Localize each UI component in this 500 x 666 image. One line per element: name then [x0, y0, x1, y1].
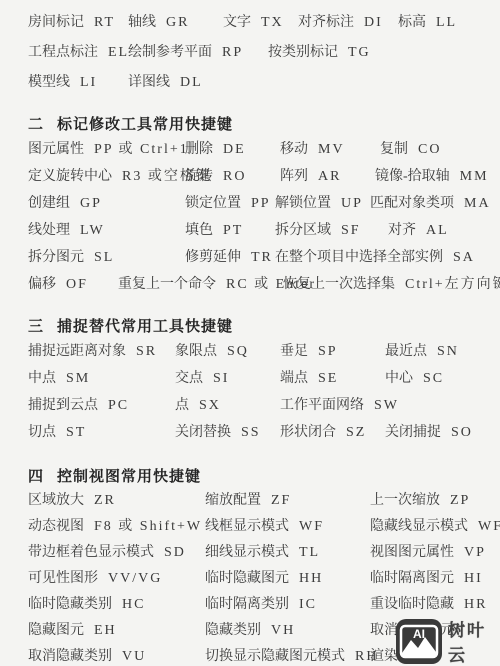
shortcut-item: 最近点SN — [385, 340, 459, 360]
shortcut-key: EL — [108, 45, 129, 60]
shortcut-label: 最近点 — [385, 344, 427, 359]
shortcut-key: SR — [136, 344, 157, 359]
shortcut-label: 轴线 — [128, 15, 156, 30]
shortcut-item: 复制CO — [380, 138, 441, 158]
shortcut-item: 对齐标注DI — [298, 11, 398, 31]
shortcut-item: 标高LL — [398, 11, 457, 31]
shortcut-row: 捕捉到云点PC 点SX 工作平面网络SW — [28, 390, 500, 417]
shortcut-key: ZF — [271, 493, 291, 508]
section-title-4: 四 控制视图常用快捷键 — [28, 464, 500, 486]
section-heading: 控制视图常用快捷键 — [57, 465, 201, 486]
shortcut-item: 镜像-拾取轴MM — [375, 165, 489, 185]
shortcut-row: 创建组GP 锁定位置PP 解锁位置UP 匹配对象类项MA — [28, 188, 500, 215]
shortcut-row: 动态视图F8 或 Shift+W 线框显示模式WF 隐藏线显示模式WF — [28, 512, 500, 538]
shortcut-label: 按类别标记 — [268, 45, 338, 60]
shortcut-row: 临时隐藏类别HC 临时隔离类别IC 重设临时隐藏HR — [28, 590, 500, 616]
shortcut-item: 临时隔离类别IC — [205, 593, 370, 613]
document-page: 墙 WA 门 DR 窗 WN 放置构件 CM 房间 RM 房间标记RT 轴线GR… — [0, 0, 500, 666]
shortcut-label: 旋转 — [185, 169, 213, 184]
shortcut-label: 细线显示模式 — [205, 545, 289, 560]
shortcut-item: 拆分区域SF — [275, 219, 388, 239]
shortcut-label: 切点 — [28, 425, 56, 440]
shortcut-key: SD — [164, 545, 186, 560]
shortcut-label: 偏移 — [28, 277, 56, 292]
shortcut-row: 工程点标注EL 绘制参考平面RP 按类别标记TG — [28, 36, 500, 66]
shortcut-label: 绘制参考平面 — [128, 45, 212, 60]
shortcut-key: SN — [437, 344, 459, 359]
shortcut-label: 视图图元属性 — [370, 545, 454, 560]
shortcut-item: 上一次缩放ZP — [370, 489, 470, 509]
shortcut-item: 旋转RO — [185, 165, 280, 185]
shortcut-item: 绘制参考平面RP — [128, 41, 268, 61]
shortcut-item: 临时隐藏图元HH — [205, 567, 370, 587]
shortcut-label: 垂足 — [280, 344, 308, 359]
shortcut-label: 重复上一个命令 — [118, 277, 216, 292]
shortcut-key: TG — [348, 45, 371, 60]
section-number: 二 — [28, 113, 44, 134]
shortcut-row: 区域放大ZR 缩放配置ZF 上一次缩放ZP — [28, 486, 500, 512]
shortcut-key: TL — [299, 545, 320, 560]
shortcut-label: 恢复上一次选择集 — [283, 277, 395, 292]
section-top-partial: 房间标记RT 轴线GR 文字TX 对齐标注DI 标高LL 工程点标注EL 绘制参… — [28, 6, 500, 96]
shortcut-label: 模型线 — [28, 75, 70, 90]
shortcut-key: SZ — [346, 425, 366, 440]
shortcut-key: SP — [318, 344, 338, 359]
shortcut-item: 临时隐藏类别HC — [28, 593, 205, 613]
shortcut-key: ZR — [94, 493, 116, 508]
photo-mountain-icon: AI — [396, 619, 442, 664]
shortcut-label: 形状闭合 — [280, 425, 336, 440]
shortcut-label: 临时隔离类别 — [205, 597, 289, 612]
shortcut-label: 线处理 — [28, 223, 70, 238]
section-number: 三 — [28, 315, 44, 336]
shortcut-item: 线框显示模式WF — [205, 515, 370, 535]
shortcut-key: SQ — [227, 344, 249, 359]
shortcut-item: 垂足SP — [280, 340, 385, 360]
shortcut-item: 隐藏图元EH — [28, 619, 205, 639]
shortcut-label: 阵列 — [280, 169, 308, 184]
shortcut-item: 移动MV — [280, 138, 380, 158]
shortcut-row: 切点ST 关闭替换SS 形状闭合SZ 关闭捕捉SO — [28, 417, 500, 444]
shortcut-item: 中点SM — [28, 367, 175, 387]
shortcut-item: 窗 WN — [223, 0, 298, 2]
shortcut-key: SF — [341, 223, 361, 238]
shortcut-label: 图元属性 — [28, 142, 84, 157]
shortcut-row: 模型线LI 详图线DL — [28, 66, 500, 96]
shortcut-key: PP 或 Ctrl+1 — [94, 142, 189, 157]
shortcut-item: 关闭替换SS — [175, 421, 280, 441]
shortcut-item: 象限点SQ — [175, 340, 280, 360]
shortcut-row: 偏移OF 重复上一个命令RC 或 Enter 恢复上一次选择集Ctrl+左方向键 — [28, 269, 500, 296]
shortcut-key: PT — [223, 223, 243, 238]
section-heading: 标记修改工具常用快捷键 — [57, 113, 233, 134]
shortcut-item: 隐藏线显示模式WF — [370, 515, 500, 535]
shortcut-label: 线框显示模式 — [205, 519, 289, 534]
shortcut-label: 取消隐藏类别 — [28, 649, 112, 664]
shortcut-key: GR — [166, 15, 189, 30]
shortcut-label: 动态视图 — [28, 519, 84, 534]
shortcut-key: MV — [318, 142, 345, 157]
shortcut-item: 端点SE — [280, 367, 385, 387]
shortcut-label: 端点 — [280, 371, 308, 386]
shortcut-label: 匹配对象类项 — [370, 196, 454, 211]
shortcut-label: 复制 — [380, 142, 408, 157]
section-2-rows: 图元属性PP 或 Ctrl+1 删除DE 移动MV 复制CO 定义旋转中心R3 … — [28, 134, 500, 296]
shortcut-item: 匹配对象类项MA — [370, 192, 491, 212]
shortcut-key: EH — [94, 623, 117, 638]
shortcut-item: 图元属性PP 或 Ctrl+1 — [28, 138, 185, 158]
shortcut-label: 填色 — [185, 223, 213, 238]
shortcut-item: 创建组GP — [28, 192, 185, 212]
shortcut-label: 房间标记 — [28, 15, 84, 30]
shortcut-label: 可见性图形 — [28, 571, 98, 586]
shortcut-item: 捕捉到云点PC — [28, 394, 175, 414]
shortcut-item: 形状闭合SZ — [280, 421, 385, 441]
shortcut-item: 工作平面网络SW — [280, 394, 399, 414]
shortcut-key: SW — [374, 398, 399, 413]
shortcut-label: 区域放大 — [28, 493, 84, 508]
shortcut-item: 动态视图F8 或 Shift+W — [28, 515, 205, 535]
shortcut-item: 填色PT — [185, 219, 275, 239]
shortcut-key: LI — [80, 75, 97, 90]
shortcut-key: TX — [261, 15, 284, 30]
shortcut-label: 拆分区域 — [275, 223, 331, 238]
shortcut-label: 工作平面网络 — [280, 398, 364, 413]
shortcut-item: 区域放大ZR — [28, 489, 205, 509]
shortcut-item: 恢复上一次选择集Ctrl+左方向键 — [283, 273, 500, 293]
shortcut-item: 解锁位置UP — [275, 192, 370, 212]
shortcut-label: 解锁位置 — [275, 196, 331, 211]
shortcut-key: SC — [423, 371, 444, 386]
shortcut-item: 切点ST — [28, 421, 175, 441]
shortcut-key: RO — [223, 169, 246, 184]
shortcut-item: 取消隐藏类别VU — [28, 645, 205, 665]
shortcut-item: 删除DE — [185, 138, 280, 158]
shortcut-item: 隐藏类别VH — [205, 619, 370, 639]
shortcut-item: 文字TX — [223, 11, 298, 31]
shortcut-label: 标高 — [398, 15, 426, 30]
shortcut-key: HR — [464, 597, 487, 612]
shortcut-key: PC — [108, 398, 129, 413]
shortcut-key: UP — [341, 196, 363, 211]
shortcut-label: 缩放配置 — [205, 493, 261, 508]
shortcut-item: 在整个项目中选择全部实例SA — [275, 246, 475, 266]
shortcut-item: 门 DR — [128, 0, 223, 2]
shortcut-row: 图元属性PP 或 Ctrl+1 删除DE 移动MV 复制CO — [28, 134, 500, 161]
shortcut-label: 修剪延伸 — [185, 250, 241, 265]
shortcut-label: 交点 — [175, 371, 203, 386]
section-title-3: 三 捕捉替代常用工具快捷键 — [28, 314, 500, 336]
shortcut-key: RP — [222, 45, 243, 60]
shortcut-key: DI — [364, 15, 383, 30]
shortcut-item: 重复上一个命令RC 或 Enter — [118, 273, 283, 293]
shortcut-item: 中心SC — [385, 367, 444, 387]
shortcut-key: DL — [180, 75, 203, 90]
section-3-rows: 捕捉远距离对象SR 象限点SQ 垂足SP 最近点SN 中点SM 交点SI 端点S… — [28, 336, 500, 444]
shortcut-label: 象限点 — [175, 344, 217, 359]
shortcut-label: 上一次缩放 — [370, 493, 440, 508]
watermark: AI 树叶云 — [396, 616, 500, 666]
shortcut-key: PP — [251, 196, 271, 211]
shortcut-key: F8 或 Shift+W — [94, 519, 202, 534]
shortcut-label: 关闭替换 — [175, 425, 231, 440]
shortcut-item: 交点SI — [175, 367, 280, 387]
shortcut-item: 带边框着色显示模式SD — [28, 541, 205, 561]
shortcut-key: RT — [94, 15, 115, 30]
shortcut-label: 点 — [175, 398, 189, 413]
shortcut-key: WF — [478, 519, 500, 534]
shortcut-key: SS — [241, 425, 261, 440]
shortcut-item: 按类别标记TG — [268, 41, 371, 61]
svg-text:AI: AI — [413, 627, 425, 641]
shortcut-key: SA — [453, 250, 475, 265]
shortcut-key: SX — [199, 398, 221, 413]
shortcut-item: 锁定位置PP — [185, 192, 275, 212]
shortcut-row: 捕捉远距离对象SR 象限点SQ 垂足SP 最近点SN — [28, 336, 500, 363]
shortcut-key: LL — [436, 15, 457, 30]
shortcut-label: 隐藏线显示模式 — [370, 519, 468, 534]
shortcut-item: 对齐AL — [388, 219, 449, 239]
shortcut-label: 渲染 — [370, 649, 398, 664]
shortcut-item: 拆分图元SL — [28, 246, 185, 266]
shortcut-item: 可见性图形VV/VG — [28, 567, 205, 587]
shortcut-item: 缩放配置ZF — [205, 489, 370, 509]
shortcut-item: 阵列AR — [280, 165, 375, 185]
shortcut-label: 对齐 — [388, 223, 416, 238]
shortcut-label: 文字 — [223, 15, 251, 30]
shortcut-row: 可见性图形VV/VG 临时隐藏图元HH 临时隔离图元HI — [28, 564, 500, 590]
watermark-badge: AI — [396, 619, 442, 664]
shortcut-label: 定义旋转中心 — [28, 169, 112, 184]
shortcut-label: 切换显示隐藏图元模式 — [205, 649, 345, 664]
shortcut-key: Ctrl+左方向键 — [405, 277, 500, 292]
shortcut-item: 临时隔离图元HI — [370, 567, 483, 587]
shortcut-key: SM — [66, 371, 90, 386]
shortcut-row: 带边框着色显示模式SD 细线显示模式TL 视图图元属性VP — [28, 538, 500, 564]
shortcut-item: 房间 RM — [411, 0, 464, 2]
shortcut-label: 中点 — [28, 371, 56, 386]
shortcut-label: 隐藏图元 — [28, 623, 84, 638]
shortcut-item: 视图图元属性VP — [370, 541, 486, 561]
shortcut-item: 修剪延伸TR — [185, 246, 275, 266]
shortcut-key: GP — [80, 196, 102, 211]
shortcut-key: SL — [94, 250, 114, 265]
shortcut-item: 重设临时隐藏HR — [370, 593, 487, 613]
shortcut-key: WF — [299, 519, 324, 534]
shortcut-label: 临时隐藏类别 — [28, 597, 112, 612]
shortcut-key: VH — [271, 623, 295, 638]
shortcut-label: 中心 — [385, 371, 413, 386]
shortcut-item: 偏移OF — [28, 273, 118, 293]
shortcut-key: CO — [418, 142, 441, 157]
shortcut-item: 详图线DL — [128, 71, 203, 91]
shortcut-row: 拆分图元SL 修剪延伸TR 在整个项目中选择全部实例SA — [28, 242, 500, 269]
shortcut-label: 创建组 — [28, 196, 70, 211]
shortcut-item: 捕捉远距离对象SR — [28, 340, 175, 360]
shortcut-item: 墙 WA — [28, 0, 128, 2]
shortcut-label: 删除 — [185, 142, 213, 157]
shortcut-label: 捕捉远距离对象 — [28, 344, 126, 359]
shortcut-label: 移动 — [280, 142, 308, 157]
shortcut-label: 工程点标注 — [28, 45, 98, 60]
shortcut-key: HH — [299, 571, 323, 586]
shortcut-label: 临时隐藏图元 — [205, 571, 289, 586]
shortcut-key: MM — [460, 169, 489, 184]
shortcut-key: VU — [122, 649, 146, 664]
shortcut-label: 镜像-拾取轴 — [375, 169, 450, 184]
watermark-brand: 树叶云 — [448, 616, 500, 666]
shortcut-label: 在整个项目中选择全部实例 — [275, 250, 443, 265]
shortcut-key: ST — [66, 425, 86, 440]
shortcut-key: VV/VG — [108, 571, 162, 586]
shortcut-label: 捕捉到云点 — [28, 398, 98, 413]
shortcut-item: 线处理LW — [28, 219, 185, 239]
shortcut-item: 放置构件 CM — [298, 0, 411, 2]
shortcut-item: 工程点标注EL — [28, 41, 128, 61]
shortcut-label: 锁定位置 — [185, 196, 241, 211]
shortcut-row: 线处理LW 填色PT 拆分区域SF 对齐AL — [28, 215, 500, 242]
shortcut-row: 定义旋转中心R3 或空格键 旋转RO 阵列AR 镜像-拾取轴MM — [28, 161, 500, 188]
shortcut-key: IC — [299, 597, 317, 612]
shortcut-item: 细线显示模式TL — [205, 541, 370, 561]
shortcut-item: 模型线LI — [28, 71, 128, 91]
shortcut-key: HC — [122, 597, 145, 612]
shortcut-key: ZP — [450, 493, 470, 508]
shortcut-item: 轴线GR — [128, 11, 223, 31]
shortcut-key: HI — [464, 571, 483, 586]
shortcut-label: 关闭捕捉 — [385, 425, 441, 440]
shortcut-key: LW — [80, 223, 105, 238]
section-number: 四 — [28, 465, 44, 486]
shortcut-key: AL — [426, 223, 449, 238]
shortcut-key: VP — [464, 545, 486, 560]
shortcut-key: SI — [213, 371, 229, 386]
shortcut-item: 关闭捕捉SO — [385, 421, 473, 441]
shortcut-item: 点SX — [175, 394, 280, 414]
shortcut-label: 临时隔离图元 — [370, 571, 454, 586]
shortcut-key: OF — [66, 277, 88, 292]
section-title-2: 二 标记修改工具常用快捷键 — [28, 112, 500, 134]
shortcut-key: TR — [251, 250, 273, 265]
section-heading: 捕捉替代常用工具快捷键 — [57, 315, 233, 336]
shortcut-key: SO — [451, 425, 473, 440]
shortcut-item: 房间标记RT — [28, 11, 128, 31]
shortcut-row: 房间标记RT 轴线GR 文字TX 对齐标注DI 标高LL — [28, 6, 500, 36]
shortcut-row: 中点SM 交点SI 端点SE 中心SC — [28, 363, 500, 390]
shortcut-label: 重设临时隐藏 — [370, 597, 454, 612]
shortcut-item: 定义旋转中心R3 或空格键 — [28, 165, 185, 185]
shortcut-key: AR — [318, 169, 341, 184]
shortcut-key: DE — [223, 142, 246, 157]
shortcut-label: 详图线 — [128, 75, 170, 90]
shortcut-key: MA — [464, 196, 491, 211]
shortcut-label: 对齐标注 — [298, 15, 354, 30]
shortcut-label: 隐藏类别 — [205, 623, 261, 638]
shortcut-key: SE — [318, 371, 338, 386]
shortcut-label: 拆分图元 — [28, 250, 84, 265]
shortcut-item: 切换显示隐藏图元模式RH — [205, 645, 370, 665]
shortcut-label: 带边框着色显示模式 — [28, 545, 154, 560]
